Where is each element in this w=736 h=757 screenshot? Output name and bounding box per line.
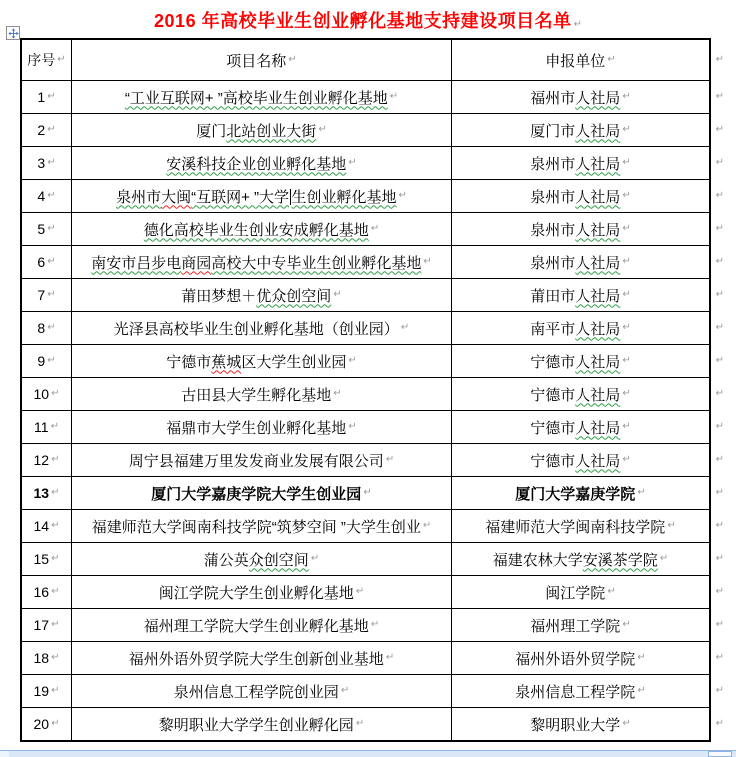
unit-name: 宁德市人社局 [530, 384, 620, 405]
cell-end-mark-icon: ↵ [47, 92, 55, 102]
cell-end-mark-icon: ↵ [637, 653, 645, 663]
table-header-row: 序号↵ 项目名称↵ 申报单位↵ ↵ [22, 40, 709, 80]
unit-name: 闽江学院 [545, 582, 605, 603]
paragraph-mark-icon: ↵ [574, 19, 582, 30]
cell-end-mark-icon: ↵ [57, 55, 65, 65]
cell-end-mark-icon: ↵ [607, 587, 615, 597]
unit-name: 宁德市人社局 [530, 450, 620, 471]
row-end-mark-icon: ↵ [716, 554, 724, 564]
cell-end-mark-icon: ↵ [311, 554, 319, 564]
row-number-cell[interactable]: 16↵ [22, 576, 71, 608]
cell-end-mark-icon: ↵ [660, 554, 668, 564]
scrollbar-thumb[interactable] [708, 751, 732, 757]
cell-end-mark-icon: ↵ [51, 587, 59, 597]
row-end-mark-icon: ↵ [716, 224, 724, 234]
project-name-cell[interactable]: 厦门大学嘉庚学院大学生创业园↵ [71, 477, 451, 509]
project-name: 南安市吕步电商园高校大中专毕业生创业孵化基地 [91, 252, 421, 273]
cell-end-mark-icon: ↵ [318, 125, 326, 135]
unit-name-cell[interactable]: 福州市人社局↵ [451, 81, 709, 113]
project-name-cell[interactable]: 莆田梦想＋优众创空间↵ [71, 279, 451, 311]
cell-end-mark-icon: ↵ [622, 257, 630, 267]
project-name-cell[interactable]: 南安市吕步电商园高校大中专毕业生创业孵化基地↵ [71, 246, 451, 278]
project-name: 福建师范大学闽南科技学院“筑梦空间 ”大学生创业 [92, 516, 421, 537]
unit-name: 南平市人社局 [530, 318, 620, 339]
row-number: 10 [34, 386, 50, 402]
cell-end-mark-icon: ↵ [348, 422, 356, 432]
row-number: 15 [34, 551, 50, 567]
unit-name: 厦门大学嘉庚学院 [515, 483, 635, 504]
row-number-cell[interactable]: 6↵ [22, 246, 71, 278]
project-name-cell[interactable]: 德化高校毕业生创业安成孵化基地↵ [71, 213, 451, 245]
unit-name: 泉州信息工程学院 [515, 681, 635, 702]
row-number: 19 [34, 683, 50, 699]
table-row: 8↵ 光泽县高校毕业生创业孵化基地（创业园）↵ 南平市人社局↵ ↵ [22, 311, 709, 344]
cell-end-mark-icon: ↵ [607, 55, 615, 65]
row-end-mark-icon: ↵ [716, 422, 724, 432]
row-number-cell[interactable]: 19↵ [22, 675, 71, 707]
table-row: 3↵ 安溪科技企业创业孵化基地↵ 泉州市人社局↵ ↵ [22, 146, 709, 179]
project-name: 莆田梦想＋优众创空间 [181, 285, 331, 306]
unit-name-cell[interactable]: 黎明职业大学↵ [451, 708, 709, 740]
cell-end-mark-icon: ↵ [47, 224, 55, 234]
project-name: 德化高校毕业生创业安成孵化基地 [144, 219, 369, 240]
row-number-cell[interactable]: 4↵ [22, 180, 71, 212]
table-row: 19↵ 泉州信息工程学院创业园↵ 泉州信息工程学院↵ ↵ [22, 674, 709, 707]
document-title-line: 2016 年高校毕业生创业孵化基地支持建设项目名单↵ [0, 7, 736, 33]
cell-end-mark-icon: ↵ [423, 257, 431, 267]
project-name-cell[interactable]: 厦门北站创业大街↵ [71, 114, 451, 146]
unit-name-cell[interactable]: 泉州市人社局↵ [451, 213, 709, 245]
unit-name: 宁德市人社局 [530, 417, 620, 438]
project-name: 光泽县高校毕业生创业孵化基地（创业园） [114, 318, 399, 339]
unit-name: 宁德市人社局 [530, 351, 620, 372]
table-row: 13↵ 厦门大学嘉庚学院大学生创业园↵ 厦门大学嘉庚学院↵ ↵ [22, 476, 709, 509]
project-name: 古田县大学生孵化基地 [181, 384, 331, 405]
row-end-mark-icon: ↵ [716, 191, 724, 201]
project-name-cell[interactable]: 福建师范大学闽南科技学院“筑梦空间 ”大学生创业↵ [71, 510, 451, 542]
project-name: 泉州信息工程学院创业园 [174, 681, 339, 702]
project-name-cell[interactable]: 闽江学院大学生创业孵化基地↵ [71, 576, 451, 608]
row-number-cell[interactable]: 20↵ [22, 708, 71, 740]
row-number-cell[interactable]: 5↵ [22, 213, 71, 245]
cell-end-mark-icon: ↵ [51, 422, 59, 432]
project-name: “工业互联网+ ”高校毕业生创业孵化基地 [125, 87, 388, 108]
header-label-index: 序号 [27, 50, 55, 70]
row-end-mark-icon: ↵ [716, 92, 724, 102]
cell-end-mark-icon: ↵ [333, 290, 341, 300]
cell-end-mark-icon: ↵ [371, 224, 379, 234]
row-number: 7 [37, 287, 45, 303]
cell-end-mark-icon: ↵ [51, 686, 59, 696]
table-row: 11↵ 福鼎市大学生创业孵化基地↵ 宁德市人社局↵ ↵ [22, 410, 709, 443]
page-title: 2016 年高校毕业生创业孵化基地支持建设项目名单 [154, 11, 572, 31]
unit-name: 黎明职业大学 [530, 714, 620, 735]
unit-name: 福州外语外贸学院 [515, 648, 635, 669]
row-number: 14 [34, 518, 50, 534]
row-number: 1 [37, 89, 45, 105]
unit-name-cell[interactable]: 宁德市人社局↵ [451, 345, 709, 377]
table-row: 16↵ 闽江学院大学生创业孵化基地↵ 闽江学院↵ ↵ [22, 575, 709, 608]
cell-end-mark-icon: ↵ [622, 389, 630, 399]
unit-name-cell[interactable]: 泉州信息工程学院↵ [451, 675, 709, 707]
unit-name-cell[interactable]: 福州外语外贸学院↵ [451, 642, 709, 674]
unit-name-cell[interactable]: 厦门市人社局↵ [451, 114, 709, 146]
unit-name: 莆田市人社局 [530, 285, 620, 306]
unit-name-cell[interactable]: 南平市人社局↵ [451, 312, 709, 344]
row-number: 3 [37, 155, 45, 171]
cell-end-mark-icon: ↵ [386, 455, 394, 465]
project-name-cell[interactable]: 古田县大学生孵化基地↵ [71, 378, 451, 410]
table-row: 9↵ 宁德市蕉城区大学生创业园↵ 宁德市人社局↵ ↵ [22, 344, 709, 377]
project-name: 厦门大学嘉庚学院大学生创业园 [151, 483, 361, 504]
row-number-cell[interactable]: 18↵ [22, 642, 71, 674]
project-name-cell[interactable]: 宁德市蕉城区大学生创业园↵ [71, 345, 451, 377]
project-name-cell[interactable]: 泉州信息工程学院创业园↵ [71, 675, 451, 707]
row-number: 5 [37, 221, 45, 237]
move-arrows-icon [8, 28, 19, 39]
unit-name: 泉州市人社局 [530, 219, 620, 240]
row-end-mark-icon: ↵ [716, 125, 724, 135]
unit-name-cell[interactable]: 福建师范大学闽南科技学院↵ [451, 510, 709, 542]
cell-end-mark-icon: ↵ [386, 653, 394, 663]
cell-end-mark-icon: ↵ [423, 521, 431, 531]
row-end-mark-icon: ↵ [716, 158, 724, 168]
row-number: 8 [37, 320, 45, 336]
cell-end-mark-icon: ↵ [47, 191, 55, 201]
cell-end-mark-icon: ↵ [348, 158, 356, 168]
row-number-cell[interactable]: 3↵ [22, 147, 71, 179]
cell-end-mark-icon: ↵ [356, 587, 364, 597]
row-end-mark-icon: ↵ [716, 55, 724, 65]
project-name-cell[interactable]: 泉州市大闽“互联网+ ”大学生创业孵化基地↵ [71, 180, 451, 212]
unit-name-cell[interactable]: 福建农林大学安溪茶学院↵ [451, 543, 709, 575]
header-cell-project[interactable]: 项目名称↵ [71, 40, 451, 80]
project-name: 厦门北站创业大街 [196, 120, 316, 141]
project-name-cell[interactable]: 黎明职业大学学生创业孵化园↵ [71, 708, 451, 740]
cell-end-mark-icon: ↵ [622, 356, 630, 366]
unit-name-cell[interactable]: 泉州市人社局↵ [451, 147, 709, 179]
unit-name: 福建农林大学安溪茶学院 [493, 549, 658, 570]
unit-name: 泉州市人社局 [530, 186, 620, 207]
row-number: 4 [37, 188, 45, 204]
project-name: 宁德市蕉城区大学生创业园 [166, 351, 346, 372]
unit-name-cell[interactable]: 福州理工学院↵ [451, 609, 709, 641]
cell-end-mark-icon: ↵ [622, 125, 630, 135]
project-name-cell[interactable]: 福州理工学院大学生创业孵化基地↵ [71, 609, 451, 641]
table-row: 14↵ 福建师范大学闽南科技学院“筑梦空间 ”大学生创业↵ 福建师范大学闽南科技… [22, 509, 709, 542]
cell-end-mark-icon: ↵ [390, 92, 398, 102]
cell-end-mark-icon: ↵ [341, 686, 349, 696]
unit-name: 泉州市人社局 [530, 252, 620, 273]
unit-name: 福建师范大学闽南科技学院 [485, 516, 665, 537]
cell-end-mark-icon: ↵ [51, 653, 59, 663]
cell-end-mark-icon: ↵ [622, 290, 630, 300]
row-number-cell[interactable]: 14↵ [22, 510, 71, 542]
cell-end-mark-icon: ↵ [622, 224, 630, 234]
project-name-cell[interactable]: 光泽县高校毕业生创业孵化基地（创业园）↵ [71, 312, 451, 344]
cell-end-mark-icon: ↵ [622, 92, 630, 102]
row-end-mark-icon: ↵ [716, 521, 724, 531]
cell-end-mark-icon: ↵ [51, 620, 59, 630]
cell-end-mark-icon: ↵ [356, 719, 364, 729]
row-number-cell[interactable]: 7↵ [22, 279, 71, 311]
row-end-mark-icon: ↵ [716, 488, 724, 498]
row-number-cell[interactable]: 13↵ [22, 477, 71, 509]
row-number: 6 [37, 254, 45, 270]
project-name: 蒲公英众创空间 [204, 549, 309, 570]
cell-end-mark-icon: ↵ [637, 488, 645, 498]
row-number: 11 [34, 419, 49, 435]
row-end-mark-icon: ↵ [716, 620, 724, 630]
header-label-project: 项目名称 [226, 50, 286, 71]
project-name-cell[interactable]: “工业互联网+ ”高校毕业生创业孵化基地↵ [71, 81, 451, 113]
cell-end-mark-icon: ↵ [622, 620, 630, 630]
cell-end-mark-icon: ↵ [47, 125, 55, 135]
table-move-handle[interactable] [6, 26, 20, 40]
project-name-cell[interactable]: 周宁县福建万里发发商业发展有限公司↵ [71, 444, 451, 476]
cell-end-mark-icon: ↵ [51, 389, 59, 399]
project-name-cell[interactable]: 福鼎市大学生创业孵化基地↵ [71, 411, 451, 443]
table-row: 15↵ 蒲公英众创空间↵ 福建农林大学安溪茶学院↵ ↵ [22, 542, 709, 575]
row-end-mark-icon: ↵ [716, 257, 724, 267]
project-name: 黎明职业大学学生创业孵化园 [159, 714, 354, 735]
row-end-mark-icon: ↵ [716, 389, 724, 399]
unit-name: 福州理工学院 [530, 615, 620, 636]
cell-end-mark-icon: ↵ [51, 521, 59, 531]
row-number-cell[interactable]: 10↵ [22, 378, 71, 410]
table-row: 10↵ 古田县大学生孵化基地↵ 宁德市人社局↵ ↵ [22, 377, 709, 410]
cell-end-mark-icon: ↵ [51, 455, 59, 465]
horizontal-scrollbar[interactable] [0, 750, 736, 757]
cell-end-mark-icon: ↵ [622, 422, 630, 432]
cell-end-mark-icon: ↵ [47, 290, 55, 300]
row-number-cell[interactable]: 9↵ [22, 345, 71, 377]
table-row: 7↵ 莆田梦想＋优众创空间↵ 莆田市人社局↵ ↵ [22, 278, 709, 311]
unit-name-cell[interactable]: 宁德市人社局↵ [451, 411, 709, 443]
unit-name: 泉州市人社局 [530, 153, 620, 174]
unit-name-cell[interactable]: 宁德市人社局↵ [451, 378, 709, 410]
project-name: 闽江学院大学生创业孵化基地 [159, 582, 354, 603]
header-cell-index[interactable]: 序号↵ [22, 40, 71, 80]
project-name: 福鼎市大学生创业孵化基地 [166, 417, 346, 438]
table-body: 1↵ “工业互联网+ ”高校毕业生创业孵化基地↵ 福州市人社局↵ ↵ 2↵ 厦门… [22, 80, 709, 740]
cell-end-mark-icon: ↵ [47, 158, 55, 168]
row-number-cell[interactable]: 12↵ [22, 444, 71, 476]
table-row: 12↵ 周宁县福建万里发发商业发展有限公司↵ 宁德市人社局↵ ↵ [22, 443, 709, 476]
cell-end-mark-icon: ↵ [622, 323, 630, 333]
table-row: 20↵ 黎明职业大学学生创业孵化园↵ 黎明职业大学↵ ↵ [22, 707, 709, 740]
unit-name: 厦门市人社局 [530, 120, 620, 141]
cell-end-mark-icon: ↵ [47, 323, 55, 333]
cell-end-mark-icon: ↵ [371, 620, 379, 630]
row-number: 17 [34, 617, 50, 633]
unit-name-cell[interactable]: 泉州市人社局↵ [451, 246, 709, 278]
unit-name-cell[interactable]: 厦门大学嘉庚学院↵ [451, 477, 709, 509]
cell-end-mark-icon: ↵ [51, 554, 59, 564]
table-row: 5↵ 德化高校毕业生创业安成孵化基地↵ 泉州市人社局↵ ↵ [22, 212, 709, 245]
row-number-cell[interactable]: 11↵ [22, 411, 71, 443]
header-label-unit: 申报单位 [545, 50, 605, 71]
cell-end-mark-icon: ↵ [51, 488, 59, 498]
row-end-mark-icon: ↵ [716, 653, 724, 663]
row-number: 12 [34, 452, 50, 468]
row-number-cell[interactable]: 17↵ [22, 609, 71, 641]
cell-end-mark-icon: ↵ [51, 719, 59, 729]
row-end-mark-icon: ↵ [716, 587, 724, 597]
table-row: 1↵ “工业互联网+ ”高校毕业生创业孵化基地↵ 福州市人社局↵ ↵ [22, 80, 709, 113]
row-number-cell[interactable]: 1↵ [22, 81, 71, 113]
cell-end-mark-icon: ↵ [637, 686, 645, 696]
row-end-mark-icon: ↵ [716, 356, 724, 366]
project-name-cell[interactable]: 安溪科技企业创业孵化基地↵ [71, 147, 451, 179]
scrollbar-left-edge [0, 751, 9, 757]
cell-end-mark-icon: ↵ [622, 455, 630, 465]
row-number-cell[interactable]: 15↵ [22, 543, 71, 575]
project-name: 泉州市大闽“互联网+ ”大学生创业孵化基地 [116, 186, 396, 207]
cell-end-mark-icon: ↵ [622, 191, 630, 201]
cell-end-mark-icon: ↵ [333, 389, 341, 399]
table-row: 4↵ 泉州市大闽“互联网+ ”大学生创业孵化基地↵ 泉州市人社局↵ ↵ [22, 179, 709, 212]
cell-end-mark-icon: ↵ [363, 488, 371, 498]
unit-name-cell[interactable]: 闽江学院↵ [451, 576, 709, 608]
cell-end-mark-icon: ↵ [622, 158, 630, 168]
cell-end-mark-icon: ↵ [399, 191, 407, 201]
row-end-mark-icon: ↵ [716, 455, 724, 465]
unit-name-cell[interactable]: 泉州市人社局↵ [451, 180, 709, 212]
cell-end-mark-icon: ↵ [401, 323, 409, 333]
project-name: 周宁县福建万里发发商业发展有限公司 [129, 450, 384, 471]
unit-name-cell[interactable]: 宁德市人社局↵ [451, 444, 709, 476]
row-end-mark-icon: ↵ [716, 323, 724, 333]
row-number: 16 [34, 584, 50, 600]
project-name: 安溪科技企业创业孵化基地 [166, 153, 346, 174]
row-number: 9 [37, 353, 45, 369]
table-row: 2↵ 厦门北站创业大街↵ 厦门市人社局↵ ↵ [22, 113, 709, 146]
row-number-cell[interactable]: 8↵ [22, 312, 71, 344]
table-row: 18↵ 福州外语外贸学院大学生创新创业基地↵ 福州外语外贸学院↵ ↵ [22, 641, 709, 674]
row-number: 2 [37, 122, 45, 138]
row-end-mark-icon: ↵ [716, 719, 724, 729]
row-number-cell[interactable]: 2↵ [22, 114, 71, 146]
row-number: 20 [34, 716, 50, 732]
header-cell-unit[interactable]: 申报单位↵ [451, 40, 709, 80]
cell-end-mark-icon: ↵ [47, 356, 55, 366]
row-number: 13 [34, 485, 50, 501]
table-row: 17↵ 福州理工学院大学生创业孵化基地↵ 福州理工学院↵ ↵ [22, 608, 709, 641]
cell-end-mark-icon: ↵ [288, 55, 296, 65]
projects-table: 序号↵ 项目名称↵ 申报单位↵ ↵ 1↵ “工业互联网+ ”高校毕业生创业孵化基… [20, 38, 711, 742]
row-number: 18 [34, 650, 50, 666]
cell-end-mark-icon: ↵ [667, 521, 675, 531]
cell-end-mark-icon: ↵ [348, 356, 356, 366]
row-end-mark-icon: ↵ [716, 686, 724, 696]
project-name-cell[interactable]: 福州外语外贸学院大学生创新创业基地↵ [71, 642, 451, 674]
table-row: 6↵ 南安市吕步电商园高校大中专毕业生创业孵化基地↵ 泉州市人社局↵ ↵ [22, 245, 709, 278]
cell-end-mark-icon: ↵ [622, 719, 630, 729]
project-name: 福州理工学院大学生创业孵化基地 [144, 615, 369, 636]
unit-name-cell[interactable]: 莆田市人社局↵ [451, 279, 709, 311]
cell-end-mark-icon: ↵ [47, 257, 55, 267]
unit-name: 福州市人社局 [530, 87, 620, 108]
row-end-mark-icon: ↵ [716, 290, 724, 300]
project-name: 福州外语外贸学院大学生创新创业基地 [129, 648, 384, 669]
project-name-cell[interactable]: 蒲公英众创空间↵ [71, 543, 451, 575]
